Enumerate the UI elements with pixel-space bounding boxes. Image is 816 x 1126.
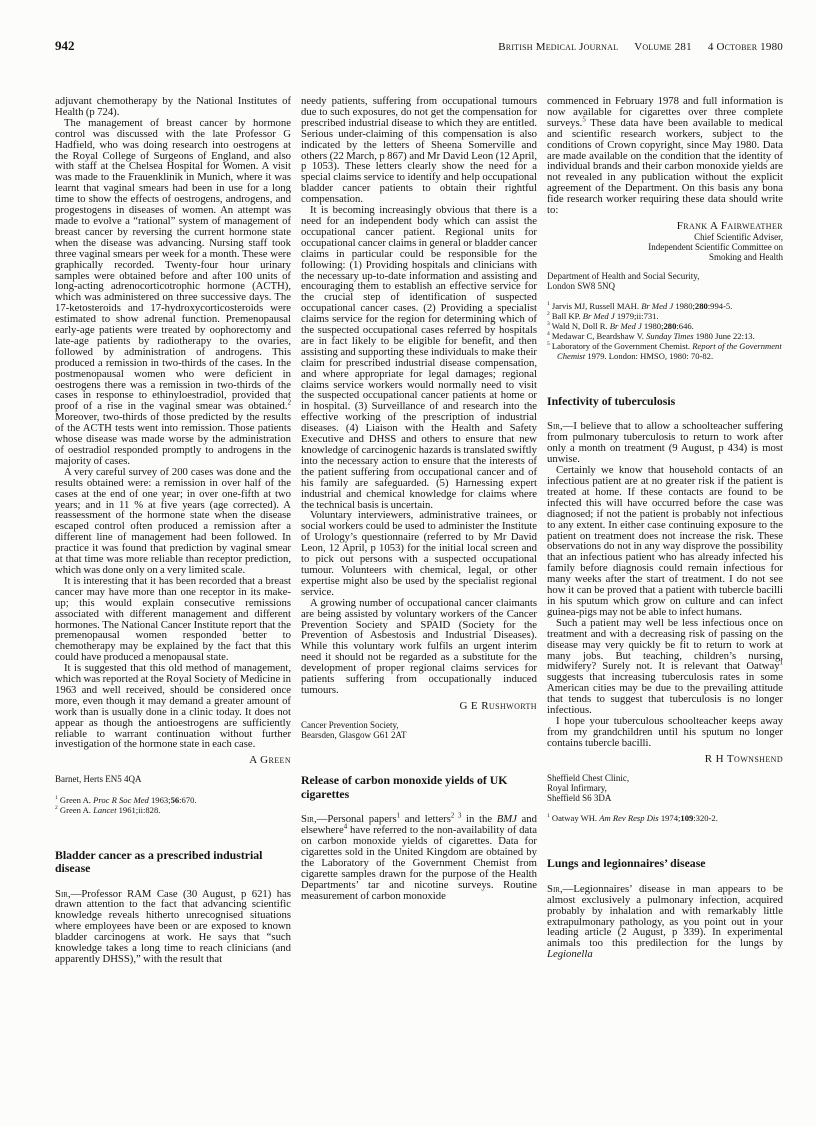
paragraph: Such a patient may well be less infectio… [547,618,783,716]
paragraph: Sir,—Legionnaires’ disease in man appear… [547,884,783,960]
author-address: Sheffield Chest Clinic, Royal Infirmary,… [547,773,783,804]
paragraph-continuation: commenced in February 1978 and full info… [547,96,783,216]
reference-list: 1 Jarvis MJ, Russell MAH. Br Med J 1980;… [547,301,783,361]
journal-title: British Medical Journal [498,41,618,53]
paragraph: Sir,—I believe that to allow a schooltea… [547,421,783,465]
paragraph: Sir,—Personal papers1 and letters2 3 in … [301,814,537,901]
address-line: Royal Infirmary, [547,783,783,793]
signature-block: Frank A Fairweather Chief Scientific Adv… [547,220,783,263]
letter-title: Infectivity of tuberculosis [547,395,783,409]
paragraph: Voluntary interviewers, administrative t… [301,510,537,597]
reference: 1 Oatway WH. Am Rev Resp Dis 1974;109:32… [547,813,783,823]
paragraph: Sir,—Professor RAM Case (30 August, p 62… [55,889,291,965]
paragraph-continuation: adjuvant chemotherapy by the National In… [55,96,291,118]
reference: 2 Ball KP. Br Med J 1979;ii:731. [547,311,783,321]
journal-masthead: British Medical JournalVolume 2814 Octob… [482,41,783,53]
address-line: Bearsden, Glasgow G61 2AT [301,730,537,740]
column-layout: adjuvant chemotherapy by the National In… [55,96,783,1096]
column-2: needy patients, suffering from occupatio… [301,96,537,1096]
address-line: Barnet, Herts EN5 4QA [55,774,291,784]
reference-list: 1 Oatway WH. Am Rev Resp Dis 1974;109:32… [547,813,783,823]
journal-page: 942 British Medical JournalVolume 2814 O… [0,0,816,1126]
reference: 2 Green A. Lancet 1961;ii:828. [55,805,291,815]
journal-volume: Volume 281 [634,41,692,53]
reference: 5 Laboratory of the Government Chemist. … [547,341,783,361]
signature-role: Chief Scientific Adviser, [547,232,783,242]
letter-title: Release of carbon monoxide yields of UK … [301,774,537,801]
signature-role: Independent Scientific Committee on [547,242,783,252]
letter-signature: Frank A Fairweather [547,220,783,232]
letter-signature: R H Townshend [547,753,783,765]
running-head: 942 British Medical JournalVolume 2814 O… [55,38,783,54]
paragraph: It is interesting that it has been recor… [55,576,291,663]
column-3: commenced in February 1978 and full info… [547,96,783,1096]
paragraph: I hope your tuberculous schoolteacher ke… [547,716,783,749]
paragraph: The management of breast cancer by hormo… [55,118,291,467]
signature-role: Smoking and Health [547,252,783,262]
letter-signature: A Green [55,754,291,766]
address-line: Cancer Prevention Society, [301,720,537,730]
paragraph: Certainly we know that household contact… [547,465,783,618]
author-address: Cancer Prevention Society, Bearsden, Gla… [301,720,537,740]
paragraph: A very careful survey of 200 cases was d… [55,467,291,576]
reference: 1 Green A. Proc R Soc Med 1963;56:670. [55,795,291,805]
address-line: Sheffield S6 3DA [547,793,783,803]
column-1: adjuvant chemotherapy by the National In… [55,96,291,1096]
paragraph: A growing number of occupational cancer … [301,598,537,696]
address-line: Sheffield Chest Clinic, [547,773,783,783]
paragraph-continuation: needy patients, suffering from occupatio… [301,96,537,205]
reference-list: 1 Green A. Proc R Soc Med 1963;56:670. 2… [55,795,291,815]
issue-date: 4 October 1980 [708,41,783,53]
author-address: Department of Health and Social Security… [547,271,783,291]
paragraph: It is suggested that this old method of … [55,663,291,750]
letter-signature: G E Rushworth [301,700,537,712]
letter-title: Lungs and legionnaires’ disease [547,857,783,871]
author-address: Barnet, Herts EN5 4QA [55,774,291,784]
address-line: London SW8 5NQ [547,281,783,291]
reference: 3 Wald N, Doll R. Br Med J 1980;280:646. [547,321,783,331]
paragraph: It is becoming increasingly obvious that… [301,205,537,510]
page-number: 942 [55,38,75,54]
address-line: Department of Health and Social Security… [547,271,783,281]
reference: 1 Jarvis MJ, Russell MAH. Br Med J 1980;… [547,301,783,311]
reference: 4 Medawar C, Beardshaw V. Sunday Times 1… [547,331,783,341]
letter-title: Bladder cancer as a prescribed industria… [55,849,291,876]
